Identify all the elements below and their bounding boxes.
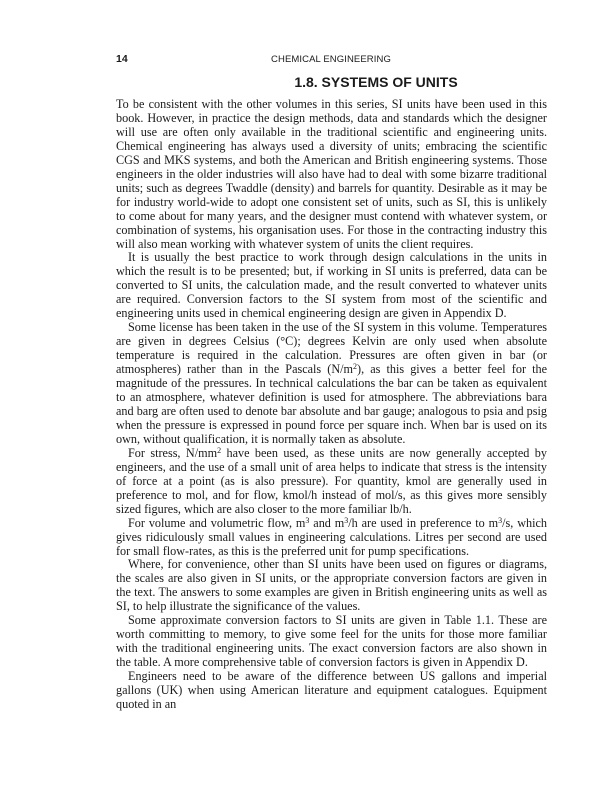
section-title: 1.8. SYSTEMS OF UNITS xyxy=(116,74,546,90)
paragraph-intro: To be consistent with the other volumes … xyxy=(116,98,547,251)
paragraph-volume: For volume and volumetric flow, m3 and m… xyxy=(116,517,547,559)
paragraph-figures: Where, for convenience, other than SI un… xyxy=(116,558,547,614)
paragraph-best-practice: It is usually the best practice to work … xyxy=(116,251,547,321)
text-run: and m xyxy=(309,516,344,530)
running-head: CHEMICAL ENGINEERING xyxy=(0,54,612,65)
paragraph-license: Some license has been taken in the use o… xyxy=(116,321,547,447)
text-run: For stress, N/mm xyxy=(128,446,217,460)
body-text: To be consistent with the other volumes … xyxy=(116,98,547,712)
paragraph-stress: For stress, N/mm2 have been used, as the… xyxy=(116,447,547,517)
text-run: /h are used in preference to m xyxy=(348,516,498,530)
paragraph-conversion-factors: Some approximate conversion factors to S… xyxy=(116,614,547,670)
text-run: For volume and volumetric flow, m xyxy=(128,516,305,530)
paragraph-gallons: Engineers need to be aware of the differ… xyxy=(116,670,547,712)
